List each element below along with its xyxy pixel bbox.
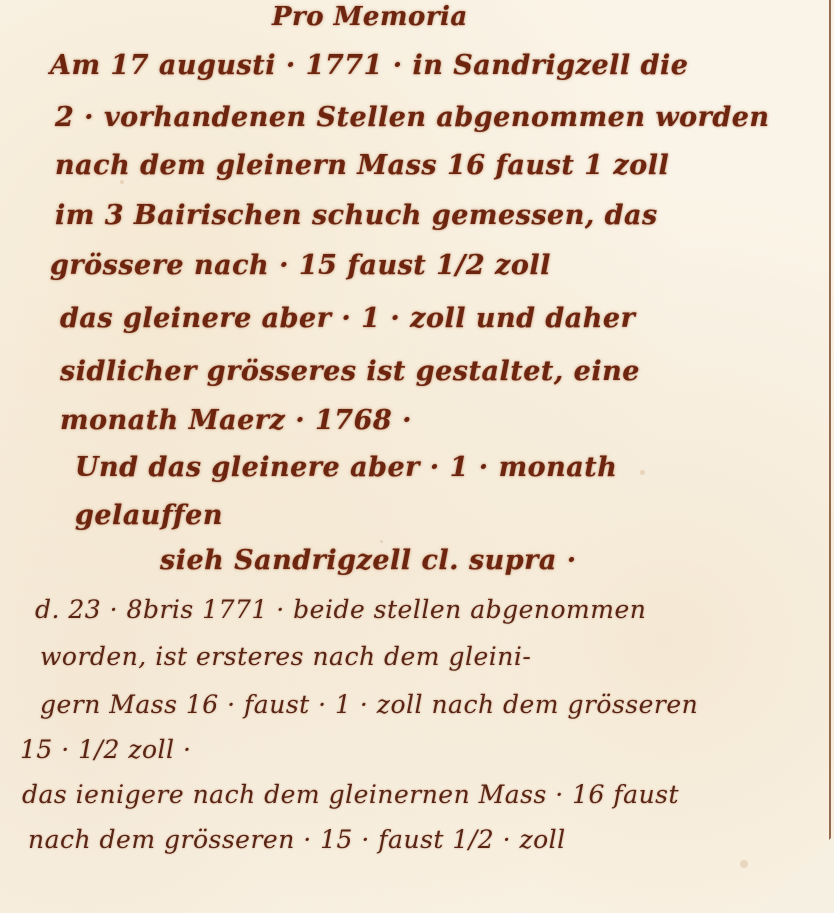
manuscript-line-10: gelauffen [75,500,223,531]
manuscript-line-14: gern Mass 16 · faust · 1 · zoll nach dem… [40,690,698,719]
manuscript-line-7: sidlicher grösseres ist gestaltet, eine [60,356,640,387]
manuscript-line-15: 15 · 1/2 zoll · [20,735,191,764]
paper-speckle [740,860,748,868]
paper-speckle [380,540,383,543]
manuscript-line-12: d. 23 · 8bris 1771 · beide stellen abgen… [35,595,646,624]
manuscript-line-11: sieh Sandrigzell cl. supra · [160,545,577,576]
manuscript-line-5: grössere nach · 15 faust 1/2 zoll [50,250,551,281]
paper-edge-line [829,0,831,845]
manuscript-line-17: nach dem grösseren · 15 · faust 1/2 · zo… [28,825,566,854]
manuscript-line-13: worden, ist ersteres nach dem gleini- [40,642,531,671]
manuscript-line-6: das gleinere aber · 1 · zoll und daher [60,303,635,334]
manuscript-line-8: monath Maerz · 1768 · [60,405,412,436]
manuscript-line-4: im 3 Bairischen schuch gemessen, das [55,200,658,231]
paper-corner-cut [756,835,834,913]
manuscript-line-9: Und das gleinere aber · 1 · monath [75,452,617,483]
paper-speckle [640,470,645,475]
manuscript-line-2: 2 · vorhandenen Stellen abgenommen worde… [55,102,770,133]
manuscript-line-1: Am 17 augusti · 1771 · in Sandrigzell di… [50,50,688,81]
manuscript-line-16: das ienigere nach dem gleinernen Mass · … [22,780,679,809]
manuscript-page: Pro Memoria Am 17 augusti · 1771 · in Sa… [0,0,834,913]
document-title: Pro Memoria [272,2,468,32]
manuscript-line-3: nach dem gleinern Mass 16 faust 1 zoll [55,150,669,181]
